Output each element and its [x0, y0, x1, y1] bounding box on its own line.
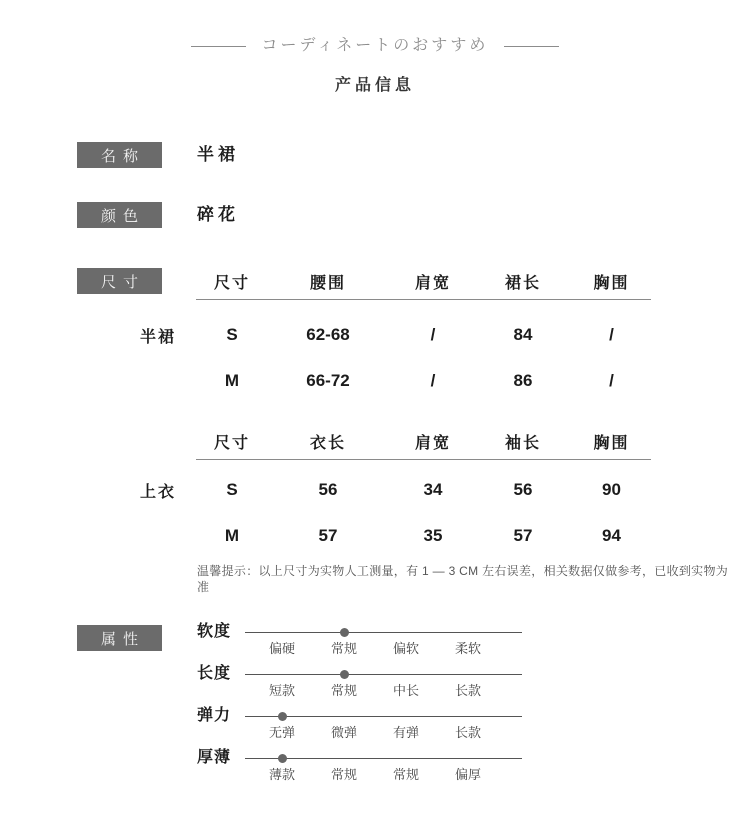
row-group-label: 上衣: [120, 459, 196, 513]
header-cell-bust: 胸围: [568, 423, 655, 459]
name-field-badge: 名称: [77, 142, 162, 168]
header-cell-shoulder: 肩宽: [388, 263, 478, 299]
cell-value: 35: [388, 513, 478, 559]
attribute-row-elasticity: 弹力 无弹 微弹 有弹 长款: [197, 702, 542, 744]
row-group-label: 半裙: [120, 299, 196, 358]
section-subtitle: コーディネートのおすすめ: [262, 36, 489, 56]
option-label: 常规: [313, 640, 375, 658]
slider-options: 薄款 常规 常规 偏厚: [251, 766, 499, 784]
top-size-table: 尺寸 衣长 肩宽 袖长 胸围 上衣 S 56 34 56 90 M 57 35 …: [120, 423, 655, 559]
table-header-rule: [196, 459, 651, 460]
option-label: 偏厚: [437, 766, 499, 784]
cell-size-m: M: [196, 513, 268, 559]
header-cell-sleeve: 袖长: [478, 423, 568, 459]
slider-dot: [340, 670, 349, 679]
option-label: 偏硬: [251, 640, 313, 658]
cell-empty: [120, 358, 196, 404]
attributes-section-badge: 属性: [77, 625, 162, 651]
measurement-note: 温馨提示：以上尺寸为实物人工测量，有 1 — 3 CM 左右误差，相关数据仅做参…: [197, 563, 737, 595]
attribute-label: 软度: [197, 618, 231, 646]
color-field-value: 碎花: [197, 203, 239, 227]
option-label: 常规: [313, 766, 375, 784]
option-label: 偏软: [375, 640, 437, 658]
slider-track: [245, 674, 522, 675]
option-label: 薄款: [251, 766, 313, 784]
cell-value: /: [388, 299, 478, 358]
slider-dot: [340, 628, 349, 637]
slider-track: [245, 632, 522, 633]
color-field-badge: 颜色: [77, 202, 162, 228]
option-label: 短款: [251, 682, 313, 700]
cell-value: 66-72: [268, 358, 388, 404]
cell-size-s: S: [196, 299, 268, 358]
slider-options: 短款 常规 中长 长款: [251, 682, 499, 700]
option-label: 长款: [437, 682, 499, 700]
subtitle-right-rule: [504, 46, 559, 47]
attribute-label: 长度: [197, 660, 231, 688]
header-cell-size: 尺寸: [196, 263, 268, 299]
attributes-panel: 软度 偏硬 常规 偏软 柔软 长度 短款 常规 中长 长款 弹力: [197, 618, 542, 798]
slider-track: [245, 758, 522, 759]
cell-value: /: [568, 299, 655, 358]
option-label: 常规: [375, 766, 437, 784]
cell-value: 57: [268, 513, 388, 559]
cell-empty: [120, 513, 196, 559]
page-title: 产品信息: [0, 76, 750, 96]
cell-value: /: [568, 358, 655, 404]
attribute-row-length: 长度 短款 常规 中长 长款: [197, 660, 542, 702]
cell-value: 56: [478, 459, 568, 513]
slider-options: 偏硬 常规 偏软 柔软: [251, 640, 499, 658]
table-header-rule: [196, 299, 651, 300]
slider-track: [245, 716, 522, 717]
attribute-row-softness: 软度 偏硬 常规 偏软 柔软: [197, 618, 542, 660]
name-field-value: 半裙: [197, 143, 239, 167]
cell-value: 34: [388, 459, 478, 513]
cell-value: 84: [478, 299, 568, 358]
attribute-label: 弹力: [197, 702, 231, 730]
header-cell-waist: 腰围: [268, 263, 388, 299]
option-label: 有弹: [375, 724, 437, 742]
header-cell-shoulder: 肩宽: [388, 423, 478, 459]
slider-options: 无弹 微弹 有弹 长款: [251, 724, 499, 742]
cell-value: 57: [478, 513, 568, 559]
option-label: 长款: [437, 724, 499, 742]
attribute-label: 厚薄: [197, 744, 231, 772]
cell-size-m: M: [196, 358, 268, 404]
header-cell-garment-length: 衣长: [268, 423, 388, 459]
cell-value: /: [388, 358, 478, 404]
skirt-size-table: 尺寸 腰围 肩宽 裙长 胸围 半裙 S 62-68 / 84 / M 66-72…: [120, 263, 655, 404]
attribute-row-thickness: 厚薄 薄款 常规 常规 偏厚: [197, 744, 542, 786]
cell-value: 94: [568, 513, 655, 559]
option-label: 柔软: [437, 640, 499, 658]
header-cell-size: 尺寸: [196, 423, 268, 459]
cell-value: 90: [568, 459, 655, 513]
product-info-page: コーディネートのおすすめ 产品信息 名称 半裙 颜色 碎花 尺寸 尺寸 腰围 肩…: [0, 0, 750, 831]
cell-value: 86: [478, 358, 568, 404]
slider-dot: [278, 754, 287, 763]
header-cell-bust: 胸围: [568, 263, 655, 299]
section-subtitle-row: コーディネートのおすすめ: [0, 36, 750, 56]
option-label: 微弹: [313, 724, 375, 742]
subtitle-left-rule: [191, 46, 246, 47]
slider-dot: [278, 712, 287, 721]
option-label: 中长: [375, 682, 437, 700]
cell-value: 62-68: [268, 299, 388, 358]
header-cell-empty: [120, 423, 196, 459]
option-label: 无弹: [251, 724, 313, 742]
header-cell-skirt-length: 裙长: [478, 263, 568, 299]
cell-size-s: S: [196, 459, 268, 513]
header-cell-empty: [120, 263, 196, 299]
cell-value: 56: [268, 459, 388, 513]
option-label: 常规: [313, 682, 375, 700]
